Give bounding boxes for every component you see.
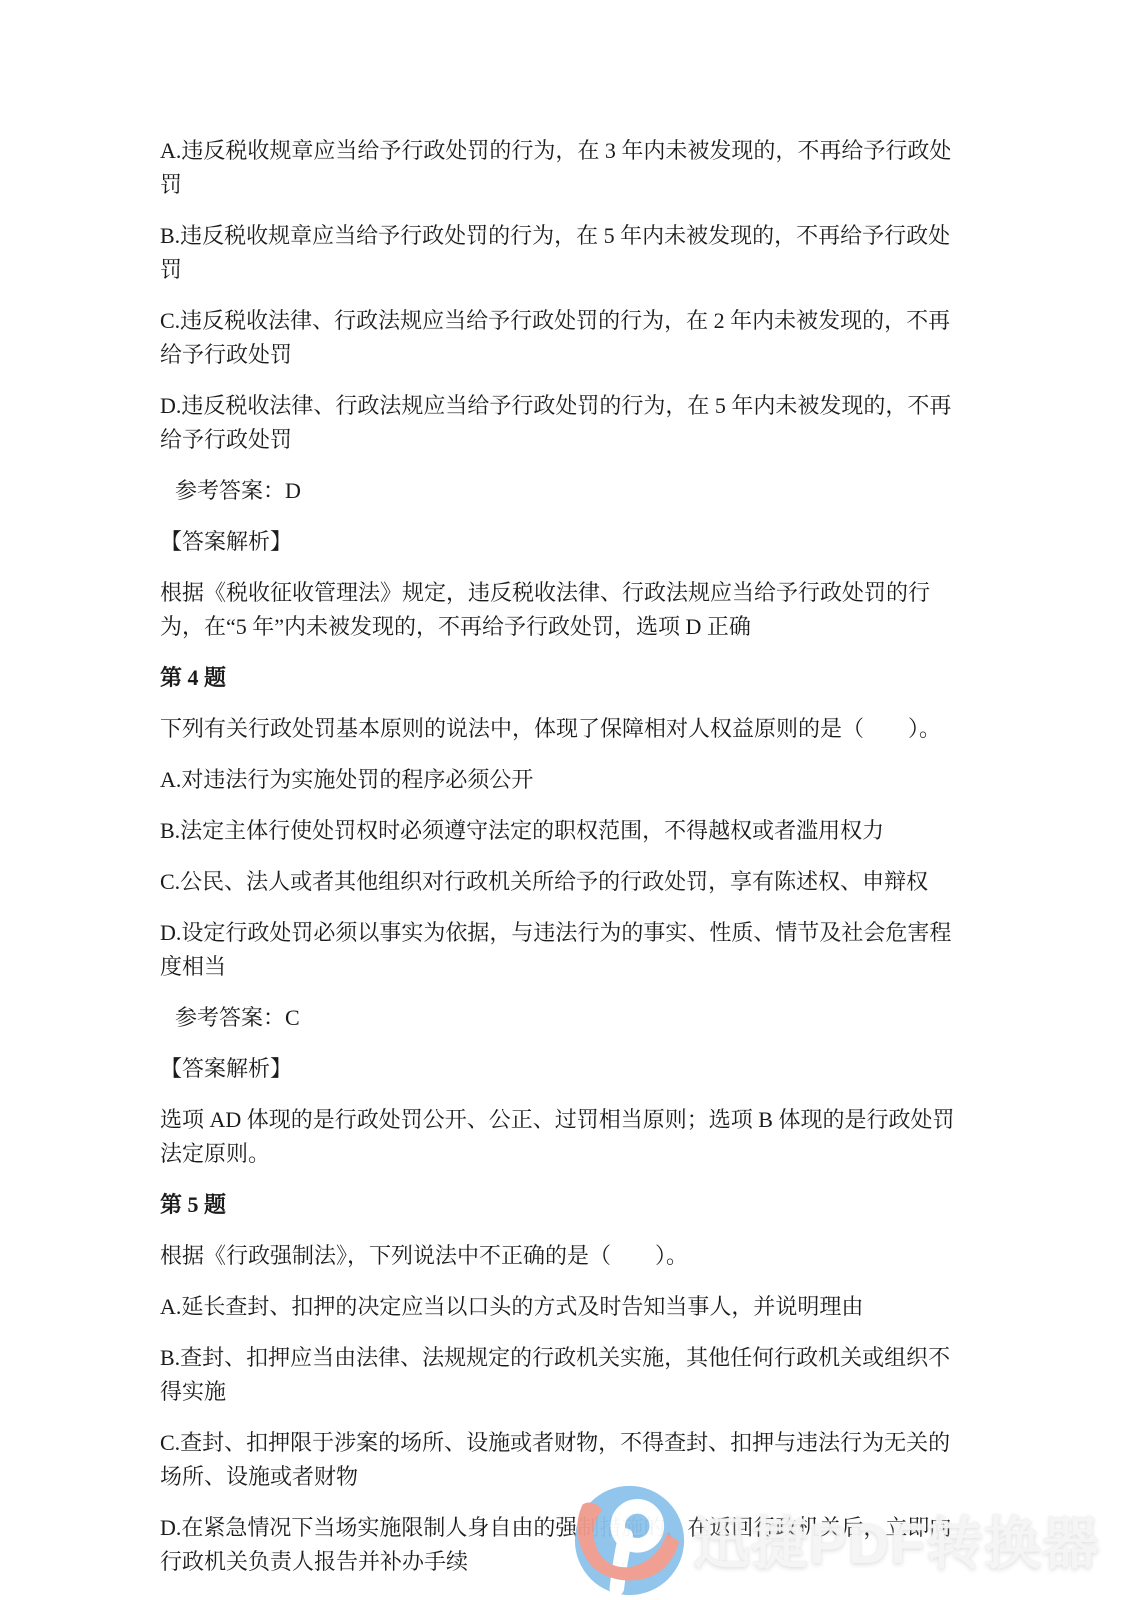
q4-analysis-header: 【答案解析】 [160, 1052, 970, 1086]
question-4-title: 第 4 题 [160, 661, 970, 695]
q3-option-a: A.违反税收规章应当给予行政处罚的行为，在 3 年内未被发现的，不再给予行政处罚 [160, 134, 970, 202]
q5-option-a: A.延长查封、扣押的决定应当以口头的方式及时告知当事人，并说明理由 [160, 1290, 970, 1324]
question-4-block: 第 4 题 下列有关行政处罚基本原则的说法中，体现了保障相对人权益原则的是（ ）… [160, 661, 970, 1171]
q4-option-d: D.设定行政处罚必须以事实为依据，与违法行为的事实、性质、情节及社会危害程度相当 [160, 916, 970, 984]
q4-analysis-text: 选项 AD 体现的是行政处罚公开、公正、过罚相当原则；选项 B 体现的是行政处罚… [160, 1103, 970, 1171]
q3-option-d: D.违反税收法律、行政法规应当给予行政处罚的行为，在 5 年内未被发现的，不再给… [160, 389, 970, 457]
watermark-brand-text: 迅捷PDF转换器 [693, 1498, 1100, 1580]
q3-option-b: B.违反税收规章应当给予行政处罚的行为，在 5 年内未被发现的，不再给予行政处罚 [160, 219, 970, 287]
q5-question-text: 根据《行政强制法》，下列说法中不正确的是（ ）。 [160, 1239, 970, 1273]
q4-option-a: A.对违法行为实施处罚的程序必须公开 [160, 763, 970, 797]
q4-option-b: B.法定主体行使处罚权时必须遵守法定的职权范围，不得越权或者滥用权力 [160, 814, 970, 848]
q3-option-c: C.违反税收法律、行政法规应当给予行政处罚的行为，在 2 年内未被发现的，不再给… [160, 304, 970, 372]
question-5-title: 第 5 题 [160, 1188, 970, 1222]
q4-question-text: 下列有关行政处罚基本原则的说法中，体现了保障相对人权益原则的是（ ）。 [160, 712, 970, 746]
exam-content: A.违反税收规章应当给予行政处罚的行为，在 3 年内未被发现的，不再给予行政处罚… [160, 134, 970, 1596]
q4-reference-answer: 参考答案：C [160, 1001, 970, 1035]
pdf-converter-logo-icon [571, 1481, 688, 1598]
q3-reference-answer: 参考答案：D [160, 474, 970, 508]
watermark: 迅捷PDF转换器 [571, 1480, 1100, 1598]
q5-option-b: B.查封、扣押应当由法律、法规规定的行政机关实施，其他任何行政机关或组织不得实施 [160, 1341, 970, 1409]
q4-option-c: C.公民、法人或者其他组织对行政机关所给予的行政处罚，享有陈述权、申辩权 [160, 865, 970, 899]
question-3-block: A.违反税收规章应当给予行政处罚的行为，在 3 年内未被发现的，不再给予行政处罚… [160, 134, 970, 644]
q3-analysis-header: 【答案解析】 [160, 525, 970, 559]
q3-analysis-text: 根据《税收征收管理法》规定，违反税收法律、行政法规应当给予行政处罚的行为，在“5… [160, 576, 970, 644]
document-page: A.违反税收规章应当给予行政处罚的行为，在 3 年内未被发现的，不再给予行政处罚… [0, 0, 1131, 1600]
